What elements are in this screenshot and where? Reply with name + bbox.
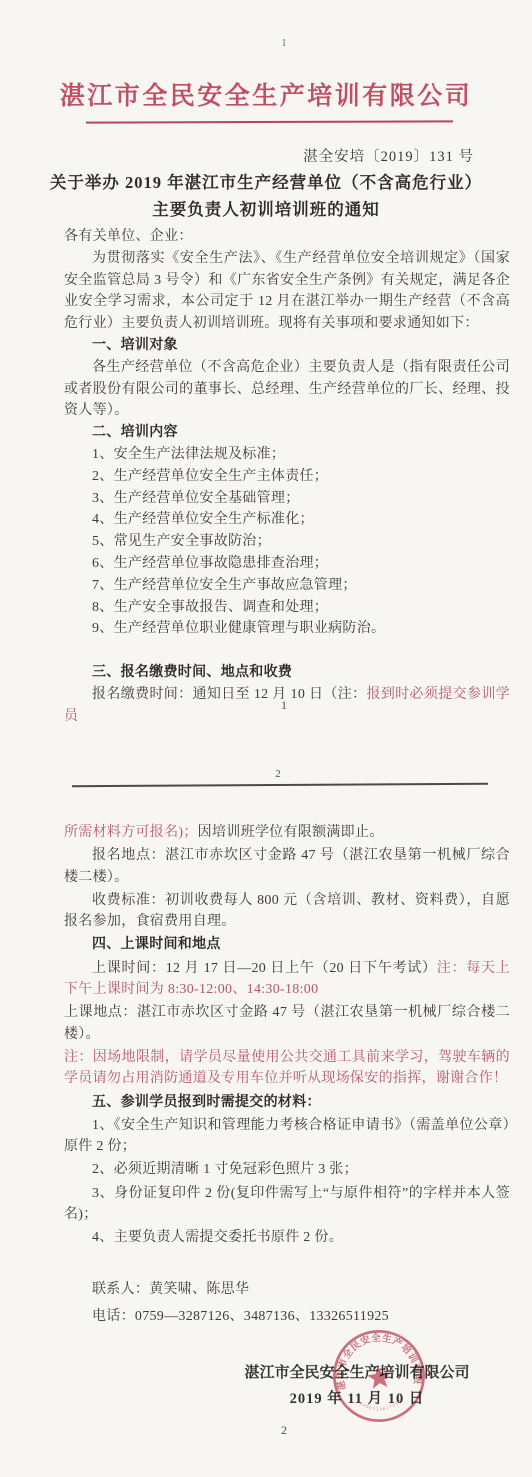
salutation: 各有关单位、企业： bbox=[64, 226, 510, 248]
material-item: 3、身份证复印件 2 份(复印件需写上“与原件相符”的字样并本人签名)； bbox=[64, 1183, 510, 1226]
section1-heading: 一、培训对象 bbox=[64, 335, 510, 357]
class-time-line: 上课时间：12 月 17 日—20 日上午（20 日下午考试）注：每天上下午上课… bbox=[64, 958, 510, 1001]
training-item: 7、生产经营单位安全生产事故应急管理； bbox=[64, 575, 510, 597]
training-item: 6、生产经营单位事故隐患排查治理； bbox=[64, 553, 510, 575]
training-item: 3、生产经营单位安全基础管理； bbox=[64, 488, 510, 510]
letterhead-company-name: 湛江市全民安全生产培训有限公司 bbox=[0, 76, 532, 112]
material-item: 2、必须近期清晰 1 寸免冠彩色照片 3 张； bbox=[64, 1159, 510, 1180]
letterhead-divider bbox=[86, 120, 453, 123]
document-title-line1: 关于举办 2019 年湛江市生产经营单位（不含高危行业） bbox=[0, 169, 532, 196]
section3-heading: 三、报名缴费时间、地点和收费 bbox=[64, 662, 510, 684]
training-item: 8、生产安全事故报告、调查和处理； bbox=[64, 597, 510, 619]
scanned-notice-document: 1 湛江市全民安全生产培训有限公司 湛全安培〔2019〕131 号 关于举办 2… bbox=[0, 0, 532, 1477]
training-item: 1、安全生产法律法规及标准； bbox=[64, 444, 510, 466]
class-time-text: 上课时间：12 月 17 日—20 日上午（20 日下午考试） bbox=[92, 961, 437, 976]
phone-line: 电话：0759—3287126、3487136、13326511925 bbox=[64, 1306, 510, 1327]
venue-note-line: 注：因场地限制，请学员尽量使用公共交通工具前来学习，驾驶车辆的学员请勿占用消防通… bbox=[64, 1047, 510, 1090]
fee-standard-line: 收费标准：初训收费每人 800 元（含培训、教材、资料费），自愿报名参加，食宿费… bbox=[64, 890, 510, 933]
section4-heading: 四、上课时间和地点 bbox=[64, 934, 510, 955]
document-title-line2: 主要负责人初训培训班的通知 bbox=[0, 196, 532, 223]
carryover-text: 因培训班学位有限额满即止。 bbox=[198, 825, 384, 840]
material-item: 1、《安全生产知识和管理能力考核合格证申请书》（需盖单位公章）原件 2 份； bbox=[64, 1115, 510, 1158]
carryover-line: 所需材料方可报名)；因培训班学位有限额满即止。 bbox=[64, 822, 510, 843]
material-item: 4、主要负责人需提交委托书原件 2 份。 bbox=[64, 1227, 510, 1248]
class-place-line: 上课地点：湛江市赤坎区寸金路 47 号（湛江农垦第一机械厂综合楼二楼）。 bbox=[64, 1002, 510, 1045]
training-item: 2、生产经营单位安全生产主体责任； bbox=[64, 466, 510, 488]
section2-heading: 二、培训内容 bbox=[64, 422, 510, 444]
document-title: 关于举办 2019 年湛江市生产经营单位（不含高危行业） 主要负责人初训培训班的… bbox=[0, 169, 532, 223]
page2-body: 所需材料方可报名)；因培训班学位有限额满即止。 报名地点：湛江市赤坎区寸金路 4… bbox=[64, 820, 510, 1327]
svg-text:4406524617239: 4406524617239 bbox=[359, 1396, 404, 1413]
carryover-note: 所需材料方可报名)； bbox=[64, 825, 198, 840]
enroll-place-line: 报名地点：湛江市赤坎区寸金路 47 号（湛江农垦第一机械厂综合楼二楼）。 bbox=[64, 845, 510, 888]
scan-page-marker-2: 2 bbox=[0, 768, 532, 780]
scan-page-marker-top: 1 bbox=[0, 38, 532, 49]
training-item: 4、生产经营单位安全生产标准化； bbox=[64, 509, 510, 531]
intro-paragraph: 为贯彻落实《安全生产法》、《生产经营单位安全培训规定》（国家安全监管总局 3 号… bbox=[64, 248, 510, 335]
contact-line: 联系人：黄笑啸、陈思华 bbox=[64, 1279, 510, 1300]
section5-heading: 五、参训学员报到时需提交的材料： bbox=[64, 1092, 510, 1113]
page1-body: 各有关单位、企业： 为贯彻落实《安全生产法》、《生产经营单位安全培训规定》（国家… bbox=[64, 226, 510, 728]
seal-star-icon bbox=[366, 1364, 392, 1389]
page-separator-line bbox=[72, 783, 488, 787]
document-number: 湛全安培〔2019〕131 号 bbox=[303, 145, 474, 166]
training-item: 9、生产经营单位职业健康管理与职业病防治。 bbox=[64, 618, 510, 640]
seal-code: 4406524617239 bbox=[359, 1396, 404, 1413]
page2-footer-number: 2 bbox=[0, 1423, 532, 1438]
training-item: 5、常见生产安全事故防治； bbox=[64, 531, 510, 553]
section1-body: 各生产经营单位（不含高危企业）主要负责人是（指有限责任公司或者股份有限公司的董事… bbox=[64, 357, 510, 422]
page1-footer-number: 1 bbox=[0, 698, 532, 713]
company-seal-stamp-icon: 湛江市全民安全生产培训有限公司 4406524617239 bbox=[326, 1323, 432, 1429]
